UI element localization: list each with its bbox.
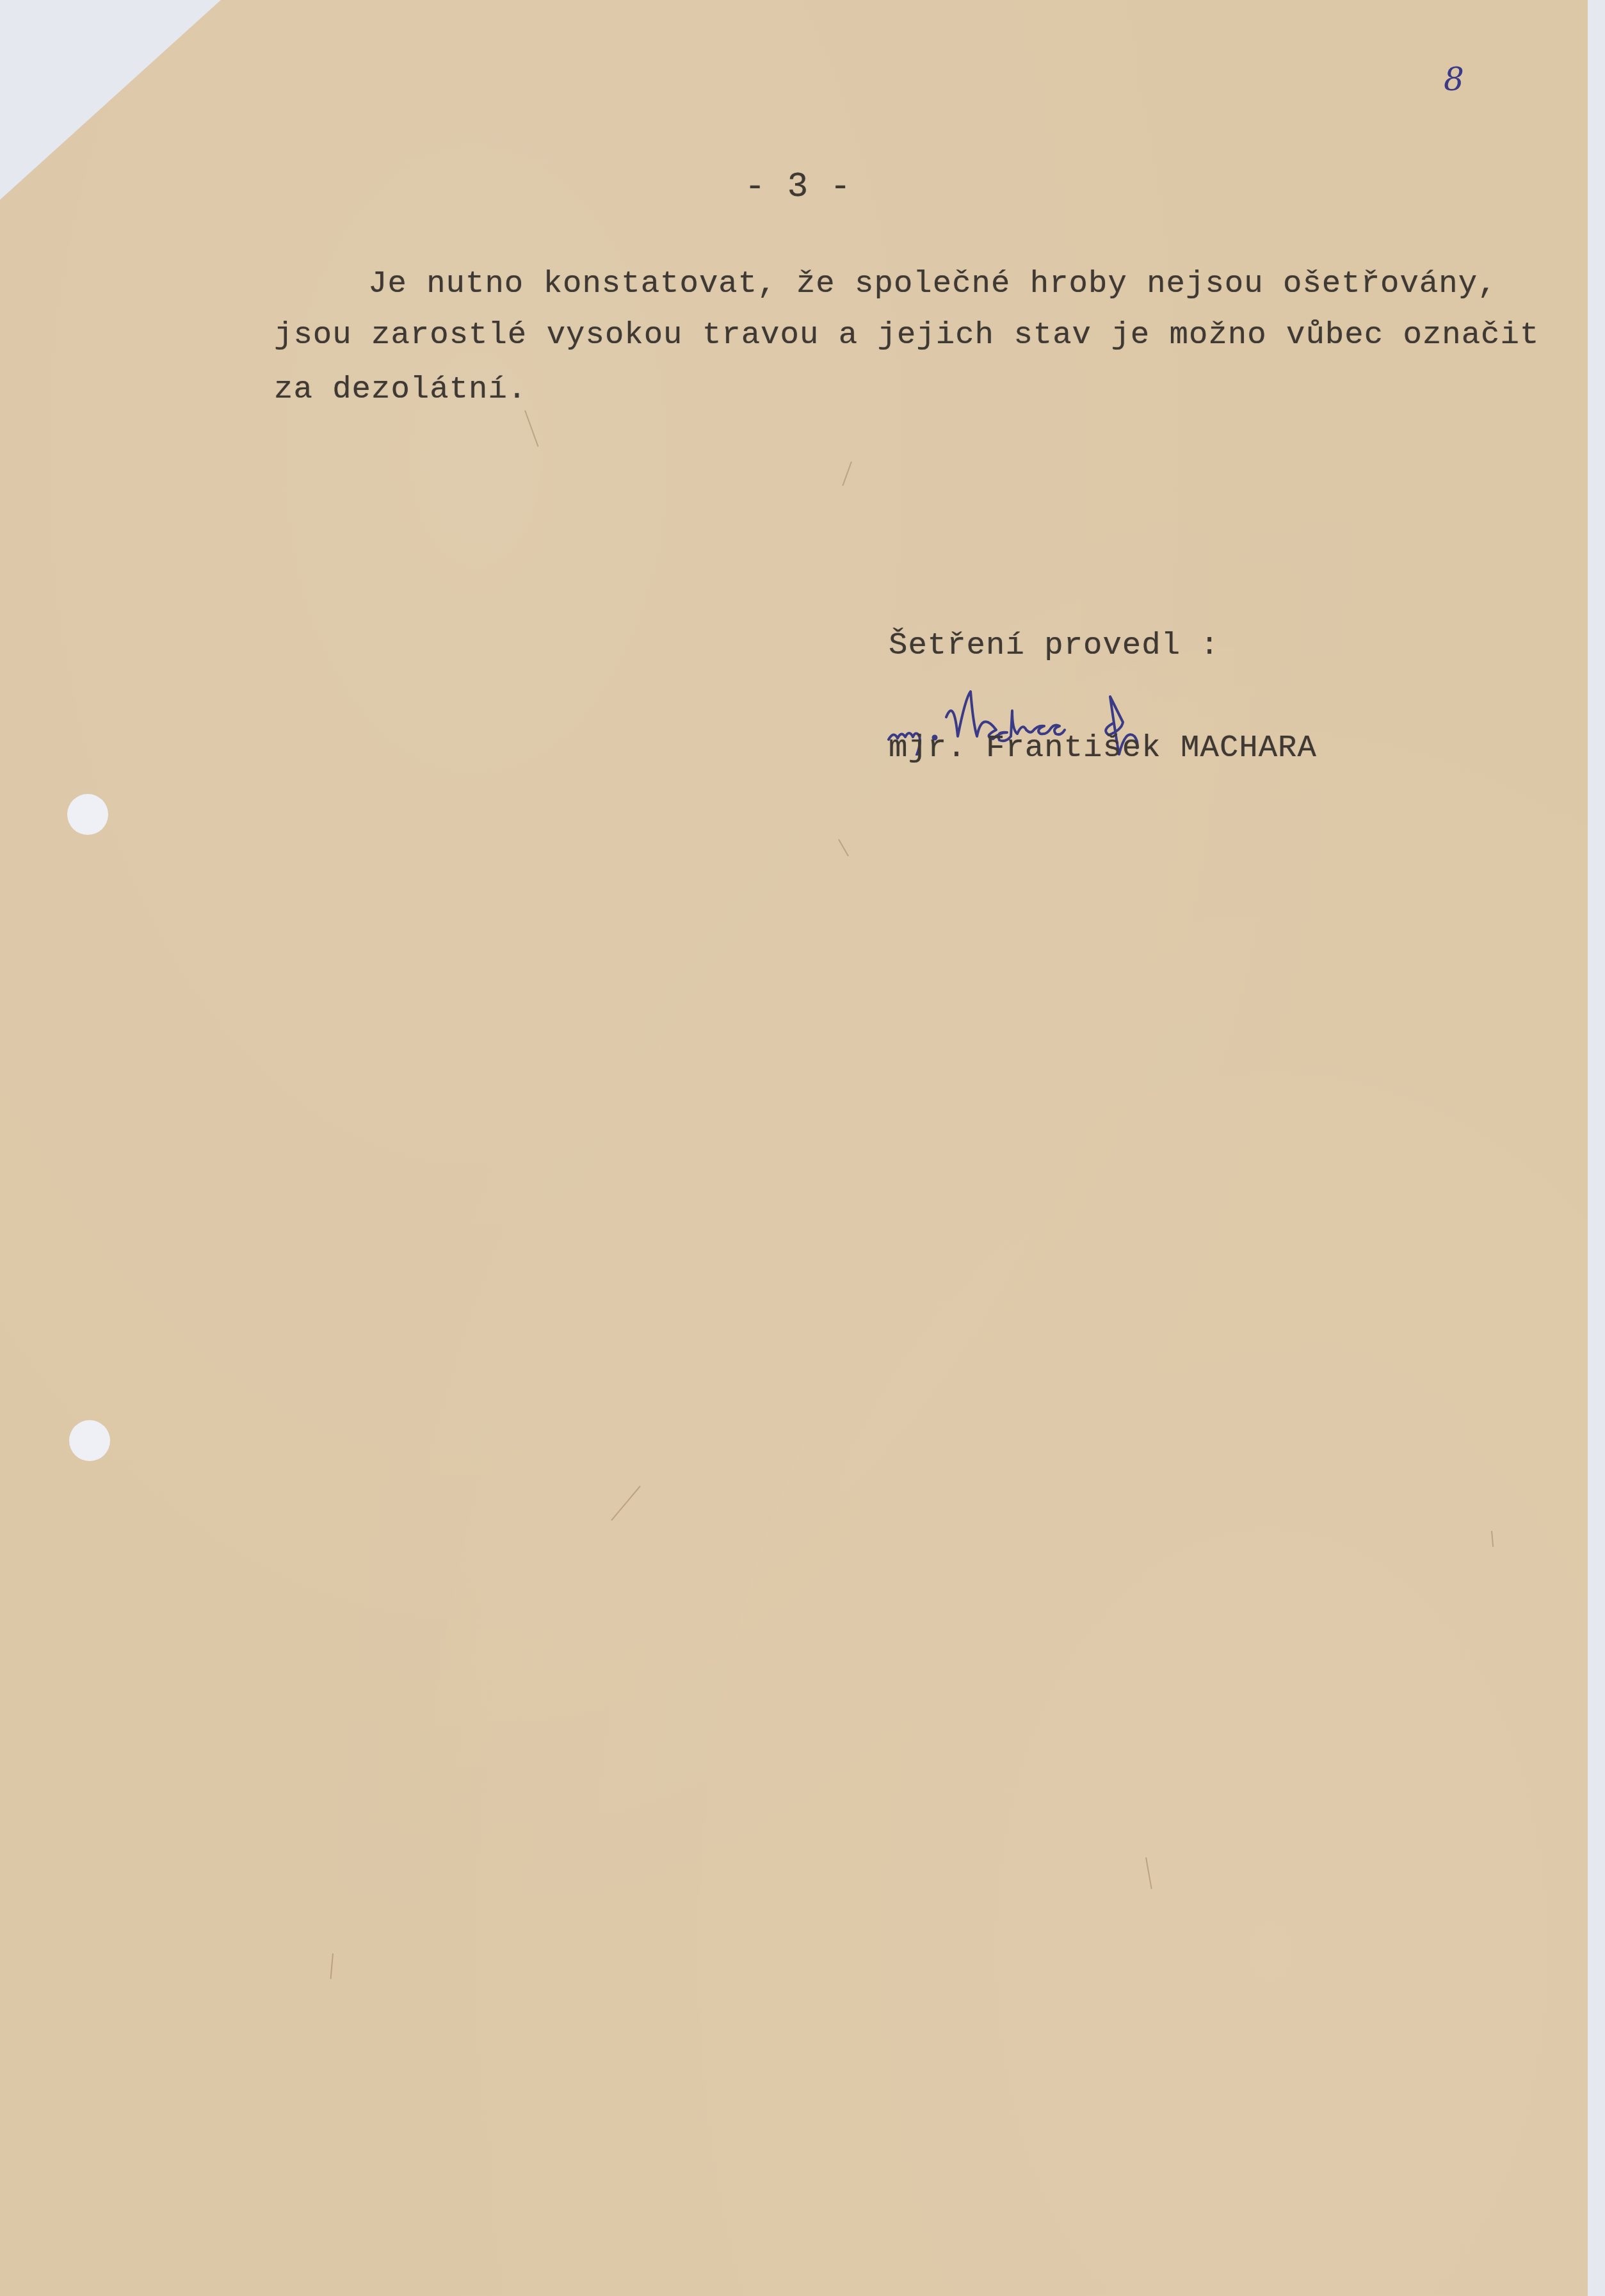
page-number: - 3 - (745, 168, 851, 207)
body-line: Je nutno konstatovat, že společné hroby … (368, 266, 1497, 302)
paper-fiber (838, 839, 849, 857)
paper-fiber (1145, 1857, 1152, 1889)
body-line: za dezolátní. (274, 371, 527, 407)
typed-signatory-name: mjr. František MACHARA (889, 730, 1317, 766)
punch-hole-top (67, 794, 108, 835)
paper-fiber (1491, 1531, 1494, 1547)
paper-fiber (524, 410, 538, 447)
folio-number: 8 (1444, 61, 1464, 98)
signature-label: Šetření provedl : (889, 627, 1220, 663)
paper-fiber (330, 1953, 334, 1979)
paper-fiber (611, 1485, 641, 1521)
punch-hole-bottom (69, 1420, 110, 1461)
body-line: jsou zarostlé vysokou travou a jejich st… (274, 317, 1539, 353)
paper-fiber (842, 462, 852, 486)
